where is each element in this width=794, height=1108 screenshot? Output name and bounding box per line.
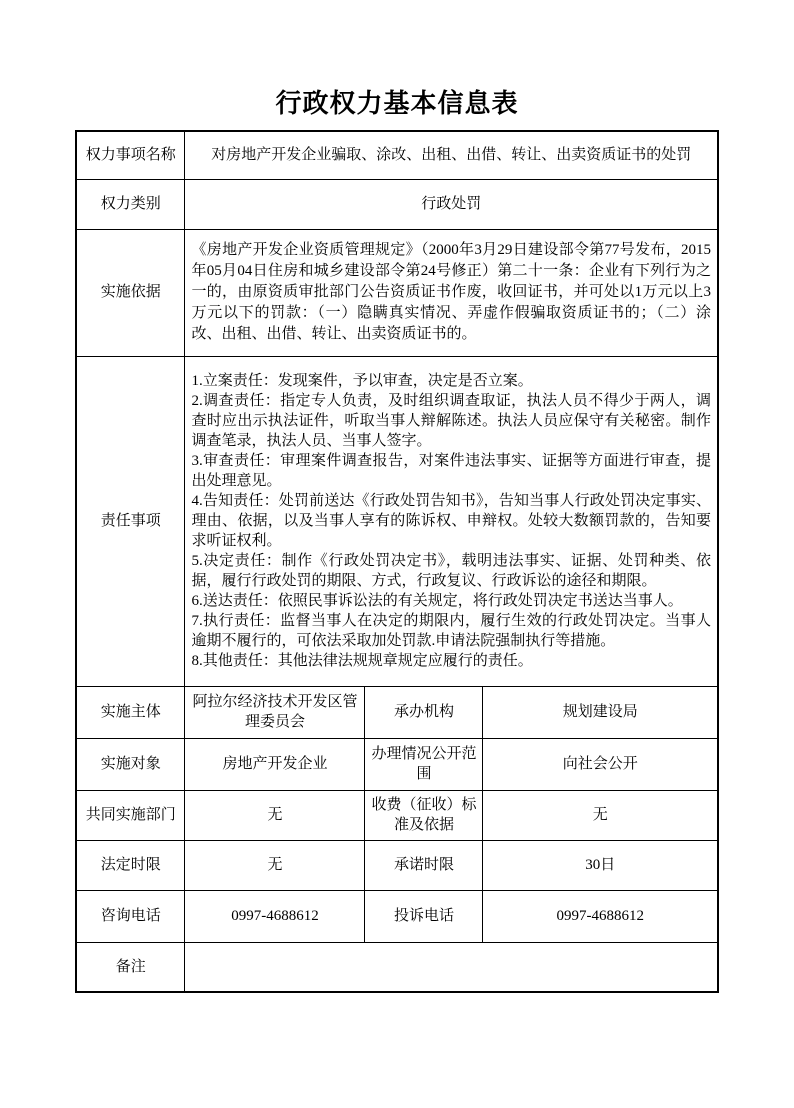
legal-limit-value: 无 [185,840,365,890]
basis-value: 《房地产开发企业资质管理规定》（2000年3月29日建设部令第77号发布，201… [185,229,718,356]
fee-value: 无 [483,790,718,840]
power-type-value: 行政处罚 [185,179,718,229]
undertaker-label: 承办机构 [365,686,483,738]
duty-item-5: 5.决定责任：制作《行政处罚决定书》，载明违法事实、证据、处罚种类、依据，履行行… [191,551,711,591]
duty-item-3: 3.审查责任：审理案件调查报告，对案件违法事实、证据等方面进行审查，提出处理意见… [191,451,711,491]
duty-item-2: 2.调查责任：指定专人负责，及时组织调查取证，执法人员不得少于两人，调查时应出示… [191,391,711,451]
target-label: 实施对象 [76,738,185,790]
page-title: 行政权力基本信息表 [0,0,794,130]
target-value: 房地产开发企业 [185,738,365,790]
info-table: 权力事项名称 对房地产开发企业骗取、涂改、出租、出借、转让、出卖资质证书的处罚 … [75,130,719,993]
legal-limit-label: 法定时限 [76,840,185,890]
undertaker-value: 规划建设局 [483,686,718,738]
table-row-legal-limit: 法定时限 无 承诺时限 30日 [76,840,718,890]
duty-item-6: 6.送达责任：依照民事诉讼法的有关规定，将行政处罚决定书送达当事人。 [191,591,711,611]
complaint-phone-label: 投诉电话 [365,890,483,942]
duties-value: 1.立案责任：发现案件，予以审查，决定是否立案。 2.调查责任：指定专人负责，及… [185,356,718,686]
power-type-label: 权力类别 [76,179,185,229]
duty-item-8: 8.其他责任：其他法律法规规章规定应履行的责任。 [191,651,711,671]
duty-item-4: 4.告知责任：处罚前送达《行政处罚告知书》，告知当事人行政处罚决定事实、理由、依… [191,491,711,551]
consult-phone-label: 咨询电话 [76,890,185,942]
promise-limit-label: 承诺时限 [365,840,483,890]
duty-item-7: 7.执行责任：监督当事人在决定的期限内，履行生效的行政处罚决定。当事人逾期不履行… [191,611,711,651]
fee-label: 收费（征收）标准及依据 [365,790,483,840]
disclosure-value: 向社会公开 [483,738,718,790]
table-row-basis: 实施依据 《房地产开发企业资质管理规定》（2000年3月29日建设部令第77号发… [76,229,718,356]
table-row-target: 实施对象 房地产开发企业 办理情况公开范围 向社会公开 [76,738,718,790]
implementer-value: 阿拉尔经济技术开发区管理委员会 [185,686,365,738]
power-name-label: 权力事项名称 [76,131,185,179]
table-row-phones: 咨询电话 0997-4688612 投诉电话 0997-4688612 [76,890,718,942]
disclosure-label: 办理情况公开范围 [365,738,483,790]
table-row-duties: 责任事项 1.立案责任：发现案件，予以审查，决定是否立案。 2.调查责任：指定专… [76,356,718,686]
power-name-value: 对房地产开发企业骗取、涂改、出租、出借、转让、出卖资质证书的处罚 [185,131,718,179]
complaint-phone-value: 0997-4688612 [483,890,718,942]
remark-value [185,942,718,992]
implementer-label: 实施主体 [76,686,185,738]
promise-limit-value: 30日 [483,840,718,890]
table-row-co-department: 共同实施部门 无 收费（征收）标准及依据 无 [76,790,718,840]
table-row-remark: 备注 [76,942,718,992]
table-row-implementer: 实施主体 阿拉尔经济技术开发区管理委员会 承办机构 规划建设局 [76,686,718,738]
table-row-power-name: 权力事项名称 对房地产开发企业骗取、涂改、出租、出借、转让、出卖资质证书的处罚 [76,131,718,179]
document-page: 行政权力基本信息表 权力事项名称 对房地产开发企业骗取、涂改、出租、出借、转让、… [0,0,794,1108]
duty-item-1: 1.立案责任：发现案件，予以审查，决定是否立案。 [191,371,711,391]
co-department-label: 共同实施部门 [76,790,185,840]
duties-label: 责任事项 [76,356,185,686]
table-row-power-type: 权力类别 行政处罚 [76,179,718,229]
co-department-value: 无 [185,790,365,840]
consult-phone-value: 0997-4688612 [185,890,365,942]
remark-label: 备注 [76,942,185,992]
basis-label: 实施依据 [76,229,185,356]
